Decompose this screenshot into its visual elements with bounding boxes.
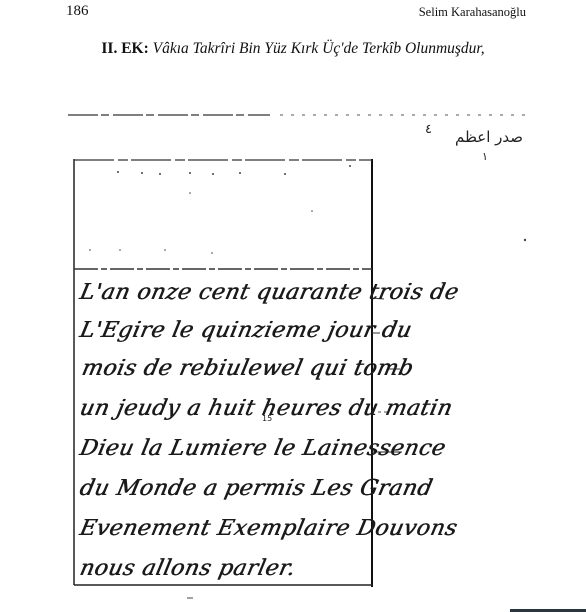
handwritten-line: Dieu la Lumiere le Lainessence	[77, 436, 448, 461]
handwritten-line: L'an onze cent quarante trois de	[77, 280, 461, 305]
margin-mark: ٤	[425, 122, 432, 137]
document-scan: صدر اعظم ٤ ١ 15 L'an onze cent quarante …	[0, 0, 586, 612]
handwritten-line: L'Egire le quinzieme jour du	[77, 318, 414, 343]
handwritten-line: mois de rebiulewel qui tomb	[79, 356, 415, 381]
margin-note-arabic: صدر اعظم	[455, 128, 523, 146]
handwritten-line: un jeudy a huit heures du matin	[77, 396, 454, 421]
handwritten-line: Evenement Exemplaire Douvons	[77, 516, 459, 541]
margin-digit: ١	[482, 150, 488, 163]
handwritten-line: du Monde a permis Les Grand	[77, 476, 434, 501]
handwritten-line: nous allons parler.	[77, 556, 297, 581]
